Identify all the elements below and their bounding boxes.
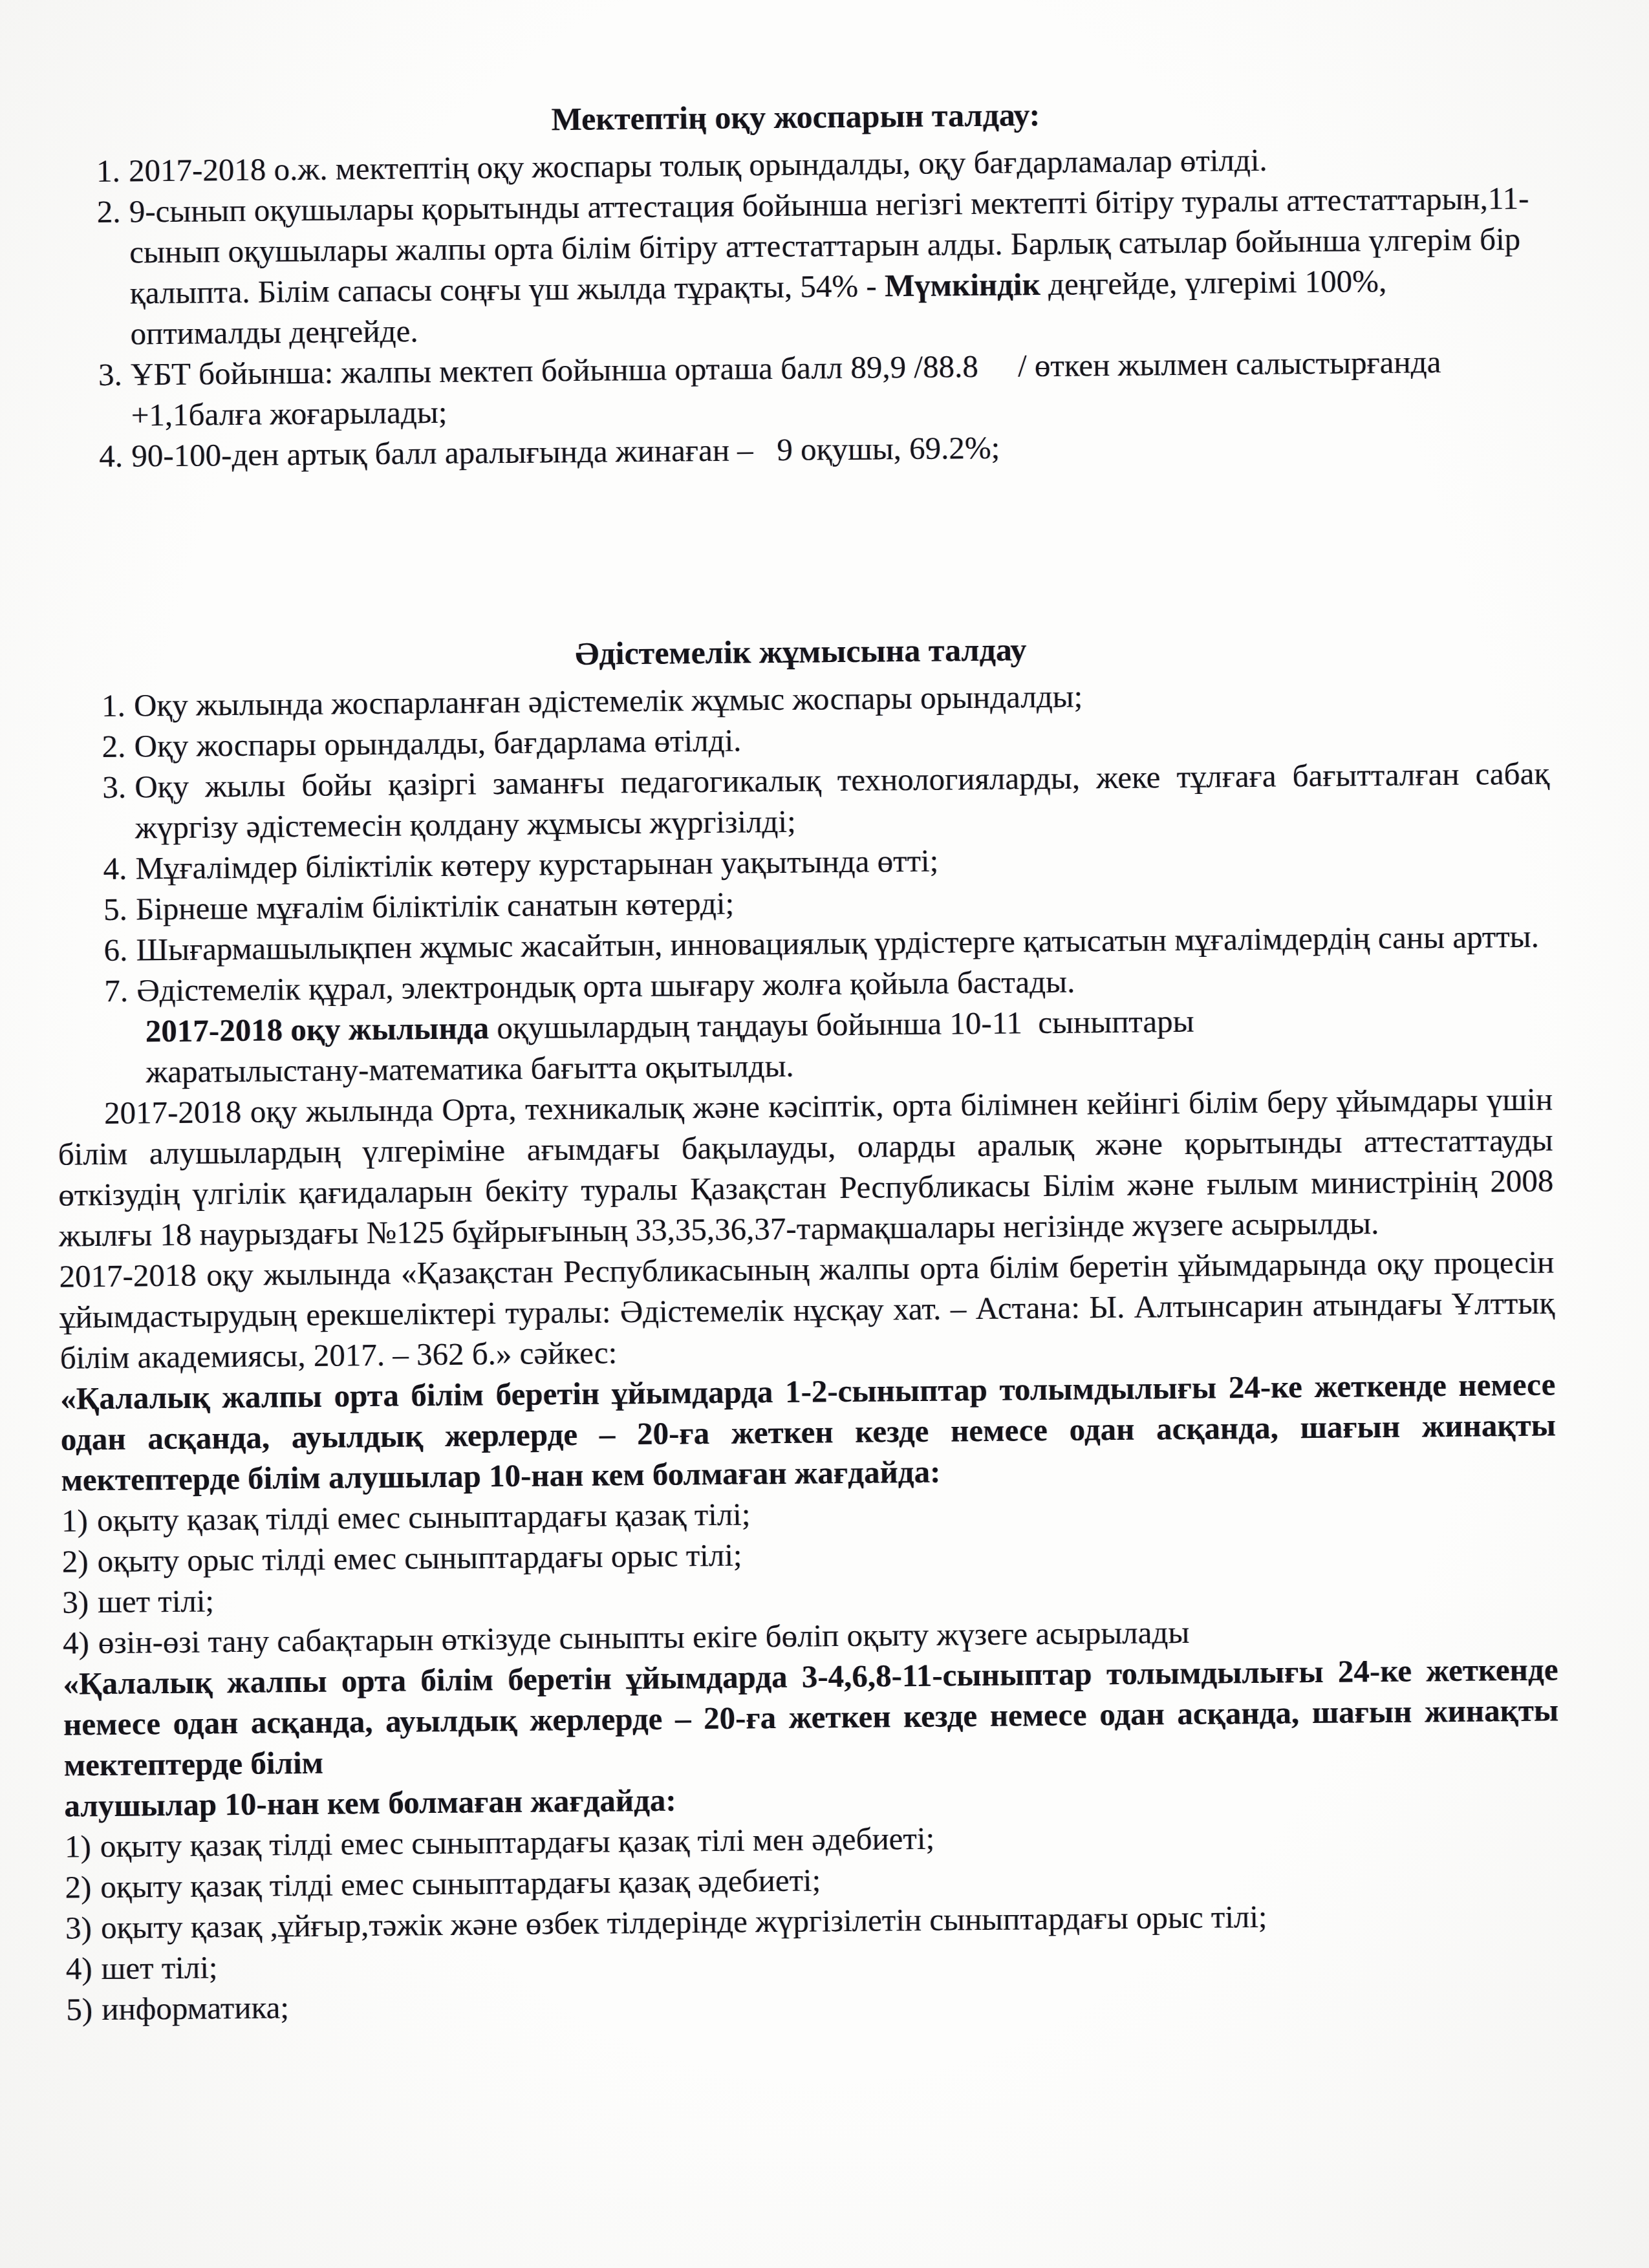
list-item: 2. 9-сынып оқушылары қорытынды аттестаци…: [48, 178, 1545, 355]
paragraph-method-letter: 2017-2018 оқу жылында «Қазақстан Республ…: [59, 1241, 1555, 1378]
item-text: Оқу жылында жоспарланған әдістемелік жұм…: [134, 678, 1083, 723]
paragraph-lead-bold: 2017-2018 оқу жылында оқушылардың таңдау…: [145, 997, 1553, 1092]
item-number: 4.: [103, 848, 127, 889]
item-text: Оқу жоспары орындалды, бағдарлама өтілді…: [134, 722, 741, 764]
item-number: 2): [65, 1869, 91, 1905]
item-number: 3): [65, 1910, 92, 1945]
item-text: Мұғалімдер біліктілік көтеру курстарынан…: [135, 843, 938, 886]
paragraph-text: жаратылыстану-математика бағытта оқытылд…: [145, 1048, 794, 1090]
item-number: 7.: [104, 970, 128, 1011]
item-number: 3.: [102, 767, 126, 808]
section2-title: Әдістемелік жұмысына талдау: [53, 625, 1548, 679]
item-number: 4.: [99, 436, 123, 476]
item-number: 1.: [102, 685, 125, 726]
document-content: Мектептің оқу жоспарын талдау: 1. 2017-2…: [0, 0, 1649, 2030]
bold-rule-3-11-grades: «Қалалық жалпы орта білім беретін ұйымда…: [63, 1649, 1559, 1826]
list-item: 3. ҰБТ бойынша: жалпы мектеп бойынша орт…: [50, 341, 1546, 436]
item-number: 3.: [98, 354, 122, 395]
bold-rule-text: алушылар 10-нан кем болмаған жағдайда:: [64, 1782, 676, 1824]
item-number: 1): [61, 1503, 88, 1538]
item-number: 4): [63, 1625, 89, 1660]
item-text: оқыту қазақ тілді емес сыныптардағы қаза…: [97, 1496, 751, 1538]
item-number: 2): [62, 1543, 89, 1579]
item-text: оқыту қазақ тілді емес сыныптардағы қаза…: [100, 1862, 821, 1905]
rule2-list: 1)оқыту қазақ тілді емес сыныптардағы қа…: [65, 1812, 1562, 2029]
bold-rule-1-2-grades: «Қалалық жалпы орта білім беретін ұйымда…: [60, 1364, 1557, 1500]
item-text: Әдістемелік құрал, электрондық орта шыға…: [136, 964, 1075, 1009]
section1-title: Мектептің оқу жоспарын талдау:: [48, 90, 1543, 145]
section1-list: 1. 2017-2018 о.ж. мектептің оқу жоспары …: [48, 137, 1547, 477]
item-text: ҰБТ бойынша: жалпы мектеп бойынша орташа…: [131, 344, 1441, 433]
bold-rule-text: «Қалалық жалпы орта білім беретін ұйымда…: [63, 1651, 1558, 1782]
list-item: 3. Оқу жылы бойы қазіргі заманғы педагог…: [54, 753, 1550, 849]
item-text: оқыту қазақ ,ұйғыр,тәжік және өзбек тілд…: [101, 1899, 1267, 1945]
item-number: 5): [66, 1991, 92, 2027]
item-number: 2.: [102, 726, 125, 767]
item-text: Бірнеше мұғалім біліктілік санатын көтер…: [136, 886, 735, 927]
item-text: 90-100-ден артық балл аралығында жинаған…: [131, 430, 1000, 474]
paragraph-bold-lead-text: 2017-2018 оқу жылында: [145, 1010, 490, 1049]
item-number: 5.: [103, 889, 127, 930]
item-text: шет тілі;: [98, 1583, 214, 1620]
item-text: оқыту орыс тілді емес сыныптардағы орыс …: [97, 1537, 742, 1579]
item-number: 1.: [96, 151, 120, 191]
rule1-list: 1)оқыту қазақ тілді емес сыныптардағы қа…: [61, 1486, 1558, 1663]
paragraph-order-125: 2017-2018 оқу жылында Орта, техникалық ж…: [58, 1078, 1554, 1256]
item-number: 2.: [96, 191, 120, 232]
item-text: оқыту қазақ тілді емес сыныптардағы қаза…: [100, 1821, 935, 1864]
item-bold-text: Мүмкіндік: [885, 266, 1040, 303]
section2-list: 1. Оқу жылында жоспарланған әдістемелік …: [54, 672, 1552, 1012]
item-number: 1): [65, 1828, 91, 1864]
scanned-document-page: Мектептің оқу жоспарын талдау: 1. 2017-2…: [0, 0, 1649, 2268]
item-number: 3): [62, 1584, 89, 1620]
item-number: 4): [66, 1951, 92, 1986]
item-text: Оқу жылы бойы қазіргі заманғы педагогика…: [135, 756, 1549, 846]
item-number: 6.: [103, 930, 127, 970]
paragraph-text: оқушылардың таңдауы бойынша 10-11 сыныпт…: [489, 1003, 1194, 1045]
item-text: информатика;: [102, 1989, 289, 2027]
item-text: шет тілі;: [101, 1949, 217, 1986]
